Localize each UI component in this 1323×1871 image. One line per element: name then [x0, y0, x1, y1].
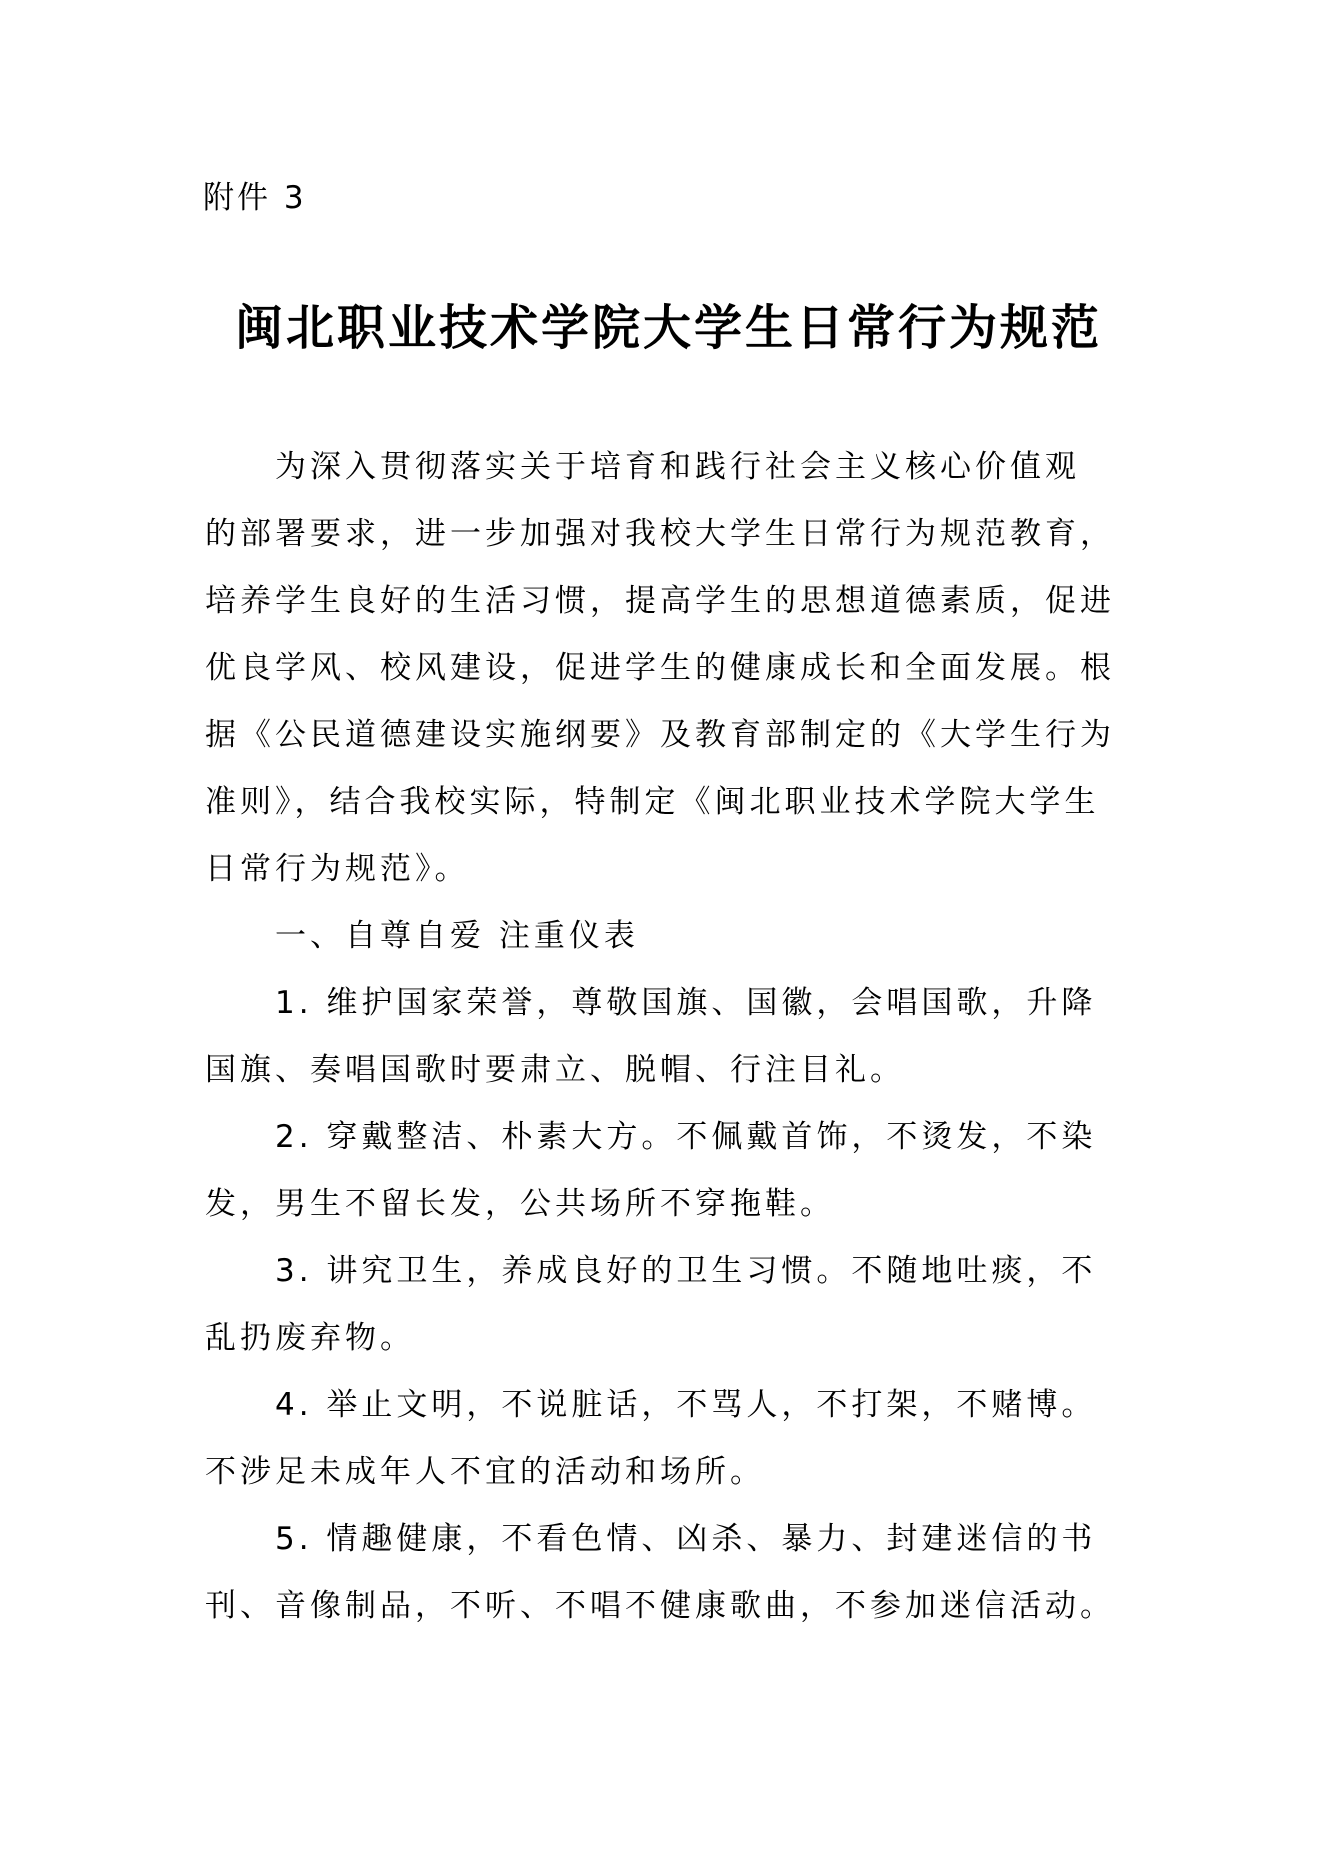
text-line: 3. 讲究卫生，养成良好的卫生习惯。不随地吐痰，不 [205, 1251, 1150, 1318]
intro-paragraph: 为深入贯彻落实关于培育和践行社会主义核心价值观 的部署要求，进一步加强对我校大学… [205, 447, 1150, 916]
document-body: 为深入贯彻落实关于培育和践行社会主义核心价值观 的部署要求，进一步加强对我校大学… [205, 447, 1150, 1653]
text-line: 5. 情趣健康，不看色情、凶杀、暴力、封建迷信的书 [205, 1519, 1150, 1586]
section-heading: 一、自尊自爱 注重仪表 [205, 916, 1150, 983]
rule-item-2: 2. 穿戴整洁、朴素大方。不佩戴首饰，不烫发，不染 发，男生不留长发，公共场所不… [205, 1117, 1150, 1251]
text-line: 国旗、奏唱国歌时要肃立、脱帽、行注目礼。 [205, 1050, 1150, 1117]
text-line: 的部署要求，进一步加强对我校大学生日常行为规范教育， [205, 514, 1150, 581]
text-line: 准则》，结合我校实际，特制定《闽北职业技术学院大学生 [205, 782, 1150, 849]
text-line: 2. 穿戴整洁、朴素大方。不佩戴首饰，不烫发，不染 [205, 1117, 1150, 1184]
rule-item-5: 5. 情趣健康，不看色情、凶杀、暴力、封建迷信的书 刊、音像制品，不听、不唱不健… [205, 1519, 1150, 1653]
rule-item-1: 1. 维护国家荣誉，尊敬国旗、国徽，会唱国歌，升降 国旗、奏唱国歌时要肃立、脱帽… [205, 983, 1150, 1117]
text-line: 不涉足未成年人不宜的活动和场所。 [205, 1452, 1150, 1519]
text-line: 4. 举止文明，不说脏话，不骂人，不打架，不赌博。 [205, 1385, 1150, 1452]
text-line: 优良学风、校风建设，促进学生的健康成长和全面发展。根 [205, 648, 1150, 715]
text-line: 刊、音像制品，不听、不唱不健康歌曲，不参加迷信活动。 [205, 1586, 1150, 1653]
document-title: 闽北职业技术学院大学生日常行为规范 [0, 296, 1323, 360]
text-line: 培养学生良好的生活习惯，提高学生的思想道德素质，促进 [205, 581, 1150, 648]
text-line: 1. 维护国家荣誉，尊敬国旗、国徽，会唱国歌，升降 [205, 983, 1150, 1050]
text-line: 为深入贯彻落实关于培育和践行社会主义核心价值观 [205, 447, 1150, 514]
rule-item-3: 3. 讲究卫生，养成良好的卫生习惯。不随地吐痰，不 乱扔废弃物。 [205, 1251, 1150, 1385]
text-line: 日常行为规范》。 [205, 849, 1150, 916]
document-page: 附件 3 闽北职业技术学院大学生日常行为规范 为深入贯彻落实关于培育和践行社会主… [0, 0, 1323, 1871]
rule-item-4: 4. 举止文明，不说脏话，不骂人，不打架，不赌博。 不涉足未成年人不宜的活动和场… [205, 1385, 1150, 1519]
text-line: 据《公民道德建设实施纲要》及教育部制定的《大学生行为 [205, 715, 1150, 782]
text-line: 乱扔废弃物。 [205, 1318, 1150, 1385]
attachment-label: 附件 3 [203, 178, 307, 218]
text-line: 发，男生不留长发，公共场所不穿拖鞋。 [205, 1184, 1150, 1251]
